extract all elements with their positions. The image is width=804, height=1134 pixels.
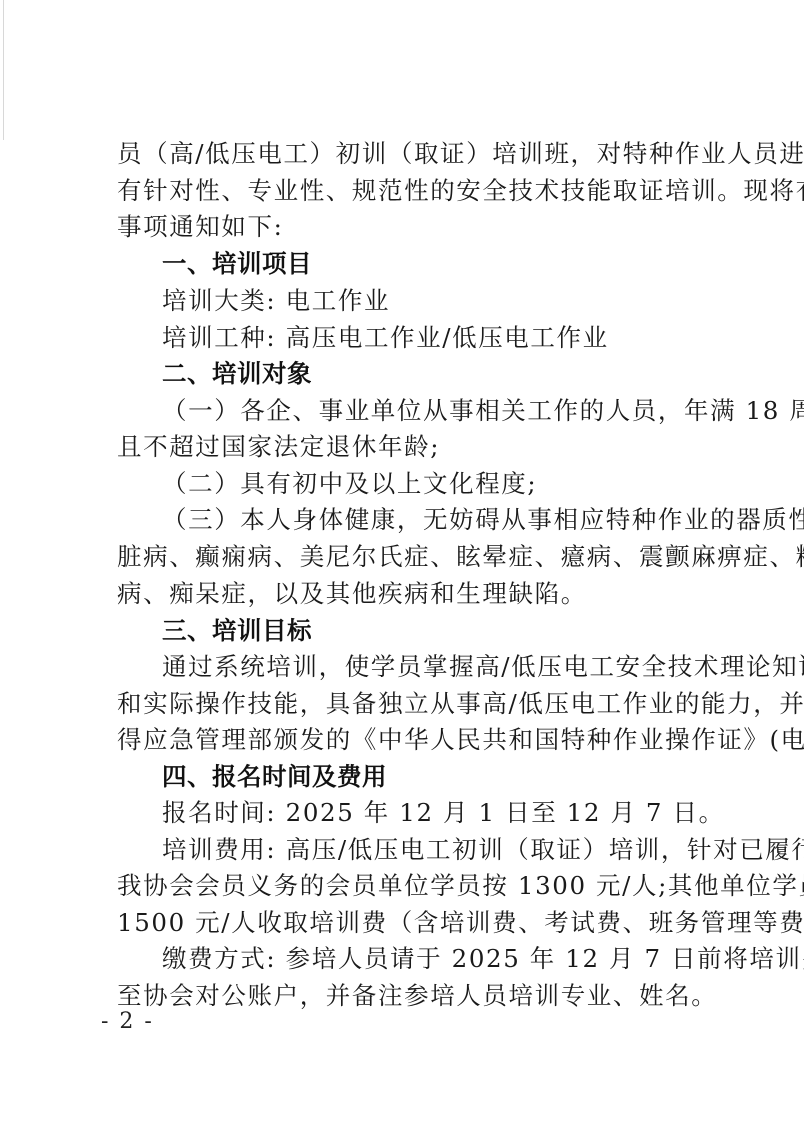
section-heading-training-items: 一、培训项目: [162, 245, 312, 282]
training-fee-line-2: 我协会会员义务的会员单位学员按 1300 元/人;其他单位学员按: [117, 867, 709, 904]
target-item-3-line-3: 病、痴呆症，以及其他疾病和生理缺陷。: [117, 575, 587, 612]
target-item-3-line-1: （三）本人身体健康，无妨碍从事相应特种作业的器质性心: [162, 501, 709, 538]
paragraph-intro-line-2: 有针对性、专业性、规范性的安全技术技能取证培训。现将有关: [117, 172, 709, 209]
paragraph-intro-line-1: 员（高/低压电工）初训（取证）培训班，对特种作业人员进行: [117, 135, 709, 172]
training-category: 培训大类: 电工作业: [162, 282, 390, 319]
goals-line-3: 得应急管理部颁发的《中华人民共和国特种作业操作证》(电工）。: [117, 721, 709, 758]
target-item-2: （二）具有初中及以上文化程度;: [162, 465, 537, 502]
target-item-1-line-2: 且不超过国家法定退休年龄;: [117, 428, 440, 465]
scan-page-edge: [3, 0, 4, 140]
target-item-3-line-2: 脏病、癫痫病、美尼尔氏症、眩晕症、癔病、震颤麻痹症、精神: [117, 538, 709, 575]
goals-line-2: 和实际操作技能，具备独立从事高/低压电工作业的能力，并取: [117, 685, 709, 722]
target-item-1-line-1: （一）各企、事业单位从事相关工作的人员，年满 18 周岁，: [162, 392, 709, 429]
payment-method-line-2: 至协会对公账户，并备注参培人员培训专业、姓名。: [117, 977, 717, 1014]
training-fee-line-1: 培训费用: 高压/低压电工初训（取证）培训，针对已履行: [162, 831, 709, 868]
section-heading-training-goals: 三、培训目标: [162, 612, 312, 649]
payment-method-line-1: 缴费方式: 参培人员请于 2025 年 12 月 7 日前将培训费用汇: [162, 940, 709, 977]
goals-line-1: 通过系统培训，使学员掌握高/低压电工安全技术理论知识: [162, 648, 709, 685]
paragraph-intro-line-3: 事项通知如下:: [117, 208, 283, 245]
section-heading-training-targets: 二、培训对象: [162, 355, 312, 392]
training-job-type: 培训工种: 高压电工作业/低压电工作业: [162, 319, 609, 356]
section-heading-registration-fees: 四、报名时间及费用: [162, 758, 387, 795]
page-number: - 2 -: [101, 1008, 154, 1036]
registration-time: 报名时间: 2025 年 12 月 1 日至 12 月 7 日。: [162, 794, 725, 831]
training-fee-line-3: 1500 元/人收取培训费（含培训费、考试费、班务管理等费用）。: [117, 904, 709, 941]
